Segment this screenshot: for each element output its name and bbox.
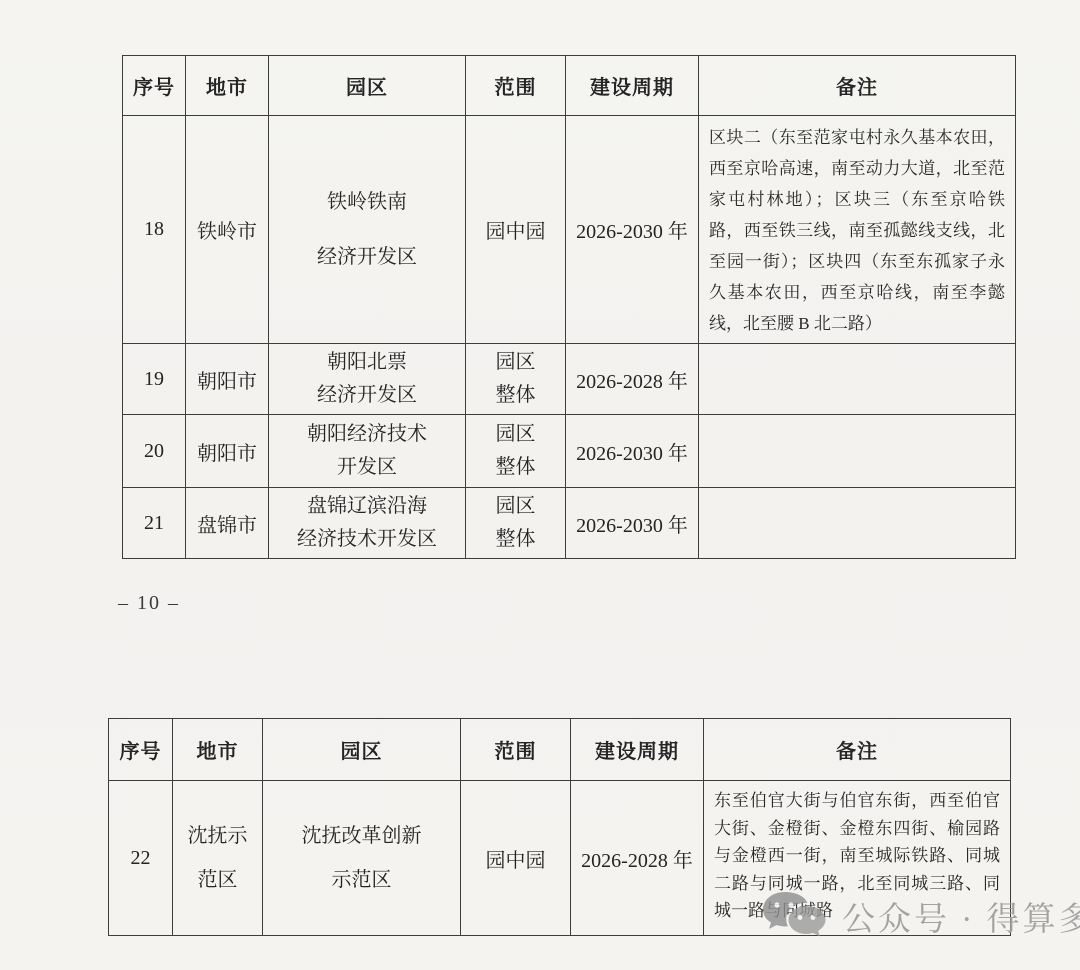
period-cell: 2026-2030 年 <box>566 415 699 488</box>
park-cell: 盘锦辽滨沿海 经济技术开发区 <box>269 488 466 559</box>
page-number: – 10 – <box>118 592 180 615</box>
table-row: 19 朝阳市 朝阳北票 经济开发区 园区 整体 2026-2028 年 <box>123 344 1016 415</box>
park-cell: 沈抚改革创新 示范区 <box>263 781 461 936</box>
header-scope: 范围 <box>466 56 566 116</box>
table-row: 21 盘锦市 盘锦辽滨沿海 经济技术开发区 园区 整体 2026-2030 年 <box>123 488 1016 559</box>
remark-text: 区块二（东至范家屯村永久基本农田，西至京哈高速，南至动力大道，北至范家屯村林地）… <box>709 122 1005 339</box>
city-cell: 沈抚示 范区 <box>173 781 263 936</box>
header-serial: 序号 <box>123 56 186 116</box>
table-header-row: 序号 地市 园区 范围 建设周期 备注 <box>123 56 1016 116</box>
remark-cell: 区块二（东至范家屯村永久基本农田，西至京哈高速，南至动力大道，北至范家屯村林地）… <box>699 116 1016 344</box>
header-scope: 范围 <box>461 719 571 781</box>
table-row: 20 朝阳市 朝阳经济技术 开发区 园区 整体 2026-2030 年 <box>123 415 1016 488</box>
remark-cell <box>699 415 1016 488</box>
watermark-text: 公众号 · 得算多 <box>842 893 1080 940</box>
scope-cell: 园区 整体 <box>466 488 566 559</box>
header-period: 建设周期 <box>566 56 699 116</box>
table-header-row: 序号 地市 园区 范围 建设周期 备注 <box>109 719 1011 781</box>
city-cell: 盘锦市 <box>186 488 269 559</box>
serial-cell: 19 <box>123 344 186 415</box>
city-cell: 朝阳市 <box>186 415 269 488</box>
serial-cell: 20 <box>123 415 186 488</box>
park-cell: 铁岭铁南 经济开发区 <box>269 116 466 344</box>
scope-cell: 园中园 <box>461 781 571 936</box>
serial-cell: 18 <box>123 116 186 344</box>
city-cell: 铁岭市 <box>186 116 269 344</box>
remark-cell <box>699 344 1016 415</box>
parks-table-page10: 序号 地市 园区 范围 建设周期 备注 18 铁岭市 铁岭铁南 经济开发区 园中… <box>122 55 1016 559</box>
header-park: 园区 <box>263 719 461 781</box>
remark-cell <box>699 488 1016 559</box>
watermark: 公众号 · 得算多 <box>760 890 1080 942</box>
document-page: 序号 地市 园区 范围 建设周期 备注 18 铁岭市 铁岭铁南 经济开发区 园中… <box>0 0 1080 970</box>
header-park: 园区 <box>269 56 466 116</box>
header-serial: 序号 <box>109 719 173 781</box>
period-cell: 2026-2028 年 <box>566 344 699 415</box>
scope-cell: 园中园 <box>466 116 566 344</box>
period-cell: 2026-2028 年 <box>571 781 704 936</box>
header-period: 建设周期 <box>571 719 704 781</box>
serial-cell: 21 <box>123 488 186 559</box>
table-row: 18 铁岭市 铁岭铁南 经济开发区 园中园 2026-2030 年 区块二（东至… <box>123 116 1016 344</box>
header-city: 地市 <box>173 719 263 781</box>
park-cell: 朝阳经济技术 开发区 <box>269 415 466 488</box>
wechat-icon <box>760 890 832 942</box>
header-remark: 备注 <box>704 719 1011 781</box>
scope-cell: 园区 整体 <box>466 415 566 488</box>
period-cell: 2026-2030 年 <box>566 488 699 559</box>
period-cell: 2026-2030 年 <box>566 116 699 344</box>
park-cell: 朝阳北票 经济开发区 <box>269 344 466 415</box>
serial-cell: 22 <box>109 781 173 936</box>
header-remark: 备注 <box>699 56 1016 116</box>
city-cell: 朝阳市 <box>186 344 269 415</box>
scope-cell: 园区 整体 <box>466 344 566 415</box>
header-city: 地市 <box>186 56 269 116</box>
